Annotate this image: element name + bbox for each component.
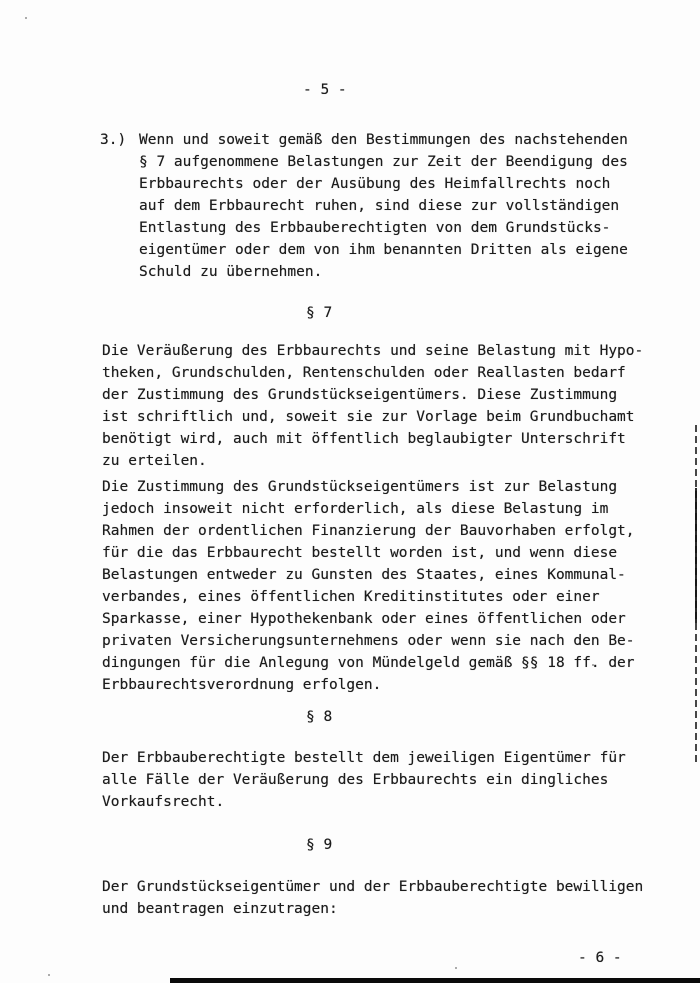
scan-bottom-edge-bar (170, 978, 700, 983)
scan-speck (25, 17, 27, 19)
text-line: Erbbaurechts oder der Ausübung des Heimf… (139, 173, 628, 195)
text-line: für die das Erbbaurecht bestellt worden … (102, 542, 635, 564)
text-line: privaten Versicherungsunternehmens oder … (102, 630, 635, 652)
section-7-paragraph-2: Die Zustimmung des Grundstückseigentümer… (102, 476, 635, 696)
text-line: theken, Grundschulden, Rentenschulden od… (102, 362, 643, 384)
text-line: Die Veräußerung des Erbbaurechts und sei… (102, 340, 643, 362)
text-line: ist schriftlich und, soweit sie zur Vorl… (102, 406, 643, 428)
scan-speck (592, 664, 594, 666)
text-line: Rahmen der ordentlichen Finanzierung der… (102, 520, 635, 542)
section-9-heading: § 9 (306, 837, 332, 853)
text-line: Erbbaurechtsverordnung erfolgen. (102, 674, 635, 696)
text-line: jedoch insoweit nicht erforderlich, als … (102, 498, 635, 520)
document-page: - 5 - 3.) Wenn und soweit gemäß den Best… (0, 0, 700, 983)
section-7-paragraph-1: Die Veräußerung des Erbbaurechts und sei… (102, 340, 643, 472)
scan-edge-solid-line (695, 488, 697, 623)
text-line: Schuld zu übernehmen. (139, 261, 628, 283)
text-line: Belastungen entweder zu Gunsten des Staa… (102, 564, 635, 586)
clause-3-marker: 3.) (100, 129, 126, 151)
text-line: § 7 aufgenommene Belastungen zur Zeit de… (139, 151, 628, 173)
text-line: verbandes, eines öffentlichen Kreditinst… (102, 586, 635, 608)
text-line: auf dem Erbbaurecht ruhen, sind diese zu… (139, 195, 628, 217)
clause-3-text: Wenn und soweit gemäß den Bestimmungen d… (139, 129, 628, 283)
page-number-next: - 6 - (578, 950, 622, 966)
text-line: alle Fälle der Veräußerung des Erbbaurec… (102, 769, 626, 791)
section-7-heading: § 7 (306, 305, 332, 321)
text-line: Der Grundstückseigentümer und der Erbbau… (102, 876, 643, 898)
text-line: und beantragen einzutragen: (102, 898, 643, 920)
text-line: Vorkaufsrecht. (102, 791, 626, 813)
text-line: Entlastung des Erbbauberechtigten von de… (139, 217, 628, 239)
text-line: zu erteilen. (102, 450, 643, 472)
text-line: Sparkasse, einer Hypothekenbank oder ein… (102, 608, 635, 630)
text-line: eigentümer oder dem von ihm benannten Dr… (139, 239, 628, 261)
page-number-top: - 5 - (303, 82, 347, 98)
scan-speck (455, 967, 457, 969)
section-9-paragraph: Der Grundstückseigentümer und der Erbbau… (102, 876, 643, 920)
section-8-paragraph: Der Erbbauberechtigte bestellt dem jewei… (102, 747, 626, 813)
text-line: der Zustimmung des Grundstückseigentümer… (102, 384, 643, 406)
section-8-heading: § 8 (306, 709, 332, 725)
text-line: Der Erbbauberechtigte bestellt dem jewei… (102, 747, 626, 769)
text-line: Wenn und soweit gemäß den Bestimmungen d… (139, 129, 628, 151)
text-line: Die Zustimmung des Grundstückseigentümer… (102, 476, 635, 498)
scan-speck (373, 252, 375, 254)
text-line: dingungen für die Anlegung von Mündelgel… (102, 652, 635, 674)
scan-speck (48, 974, 50, 976)
text-line: benötigt wird, auch mit öffentlich begla… (102, 428, 643, 450)
